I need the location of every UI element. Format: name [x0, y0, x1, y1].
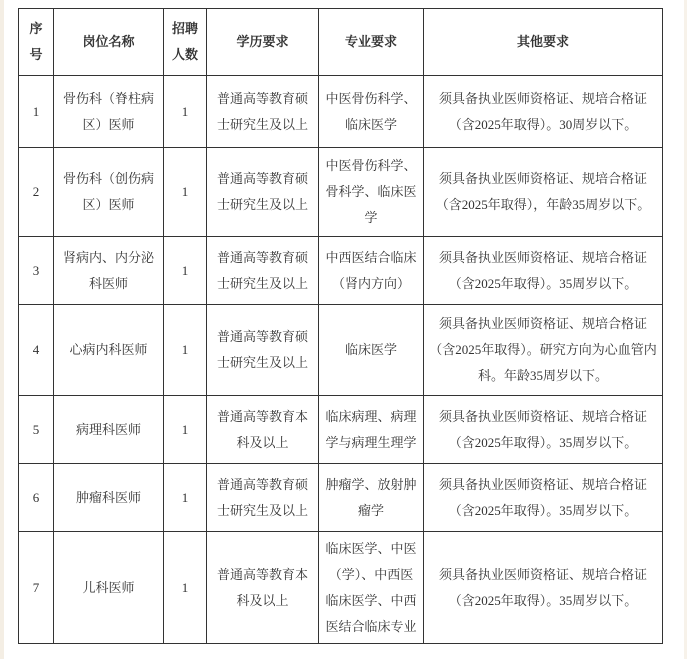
cell-education-requirement: 普通高等教育硕士研究生及以上 — [207, 76, 319, 148]
cell-position-name: 病理科医师 — [54, 396, 164, 464]
table-row: 5 病理科医师 1 普通高等教育本科及以上 临床病理、病理学与病理生理学 须具备… — [19, 396, 663, 464]
cell-recruit-count: 1 — [164, 148, 207, 237]
cell-position-name: 肾病内、内分泌科医师 — [54, 237, 164, 305]
cell-serial-number: 7 — [19, 532, 54, 644]
table-row: 4 心病内科医师 1 普通高等教育硕士研究生及以上 临床医学 须具备执业医师资格… — [19, 305, 663, 396]
cell-education-requirement: 普通高等教育硕士研究生及以上 — [207, 464, 319, 532]
cell-recruit-count: 1 — [164, 396, 207, 464]
header-recruit-count: 招聘人数 — [164, 9, 207, 76]
cell-position-name: 心病内科医师 — [54, 305, 164, 396]
cell-serial-number: 1 — [19, 76, 54, 148]
cell-recruit-count: 1 — [164, 237, 207, 305]
cell-major-requirement: 临床医学 — [319, 305, 424, 396]
cell-recruit-count: 1 — [164, 532, 207, 644]
header-education-requirement: 学历要求 — [207, 9, 319, 76]
cell-serial-number: 3 — [19, 237, 54, 305]
cell-other-requirement: 须具备执业医师资格证、规培合格证（含2025年取得）。35周岁以下。 — [424, 464, 663, 532]
cell-serial-number: 6 — [19, 464, 54, 532]
cell-major-requirement: 中医骨伤科学、骨科学、临床医学 — [319, 148, 424, 237]
cell-position-name: 肿瘤科医师 — [54, 464, 164, 532]
cell-position-name: 骨伤科（创伤病区）医师 — [54, 148, 164, 237]
cell-education-requirement: 普通高等教育硕士研究生及以上 — [207, 148, 319, 237]
cell-education-requirement: 普通高等教育本科及以上 — [207, 396, 319, 464]
cell-other-requirement: 须具备执业医师资格证、规培合格证（含2025年取得）。35周岁以下。 — [424, 396, 663, 464]
cell-education-requirement: 普通高等教育硕士研究生及以上 — [207, 305, 319, 396]
cell-other-requirement: 须具备执业医师资格证、规培合格证（含2025年取得）。30周岁以下。 — [424, 76, 663, 148]
header-serial-number: 序号 — [19, 9, 54, 76]
cell-other-requirement: 须具备执业医师资格证、规培合格证（含2025年取得）。35周岁以下。 — [424, 532, 663, 644]
header-position-name: 岗位名称 — [54, 9, 164, 76]
cell-serial-number: 5 — [19, 396, 54, 464]
table-row: 7 儿科医师 1 普通高等教育本科及以上 临床医学、中医（学）、中西医临床医学、… — [19, 532, 663, 644]
cell-recruit-count: 1 — [164, 76, 207, 148]
cell-other-requirement: 须具备执业医师资格证、规培合格证（含2025年取得），年龄35周岁以下。 — [424, 148, 663, 237]
recruitment-positions-table: 序号 岗位名称 招聘人数 学历要求 专业要求 其他要求 1 骨伤科（脊柱病区）医… — [18, 8, 663, 644]
cell-education-requirement: 普通高等教育本科及以上 — [207, 532, 319, 644]
cell-serial-number: 4 — [19, 305, 54, 396]
cell-other-requirement: 须具备执业医师资格证、规培合格证（含2025年取得）。研究方向为心血管内科。年龄… — [424, 305, 663, 396]
cell-serial-number: 2 — [19, 148, 54, 237]
header-major-requirement: 专业要求 — [319, 9, 424, 76]
table-header-row: 序号 岗位名称 招聘人数 学历要求 专业要求 其他要求 — [19, 9, 663, 76]
table-row: 2 骨伤科（创伤病区）医师 1 普通高等教育硕士研究生及以上 中医骨伤科学、骨科… — [19, 148, 663, 237]
cell-recruit-count: 1 — [164, 464, 207, 532]
cell-major-requirement: 中西医结合临床（肾内方向） — [319, 237, 424, 305]
table-row: 6 肿瘤科医师 1 普通高等教育硕士研究生及以上 肿瘤学、放射肿瘤学 须具备执业… — [19, 464, 663, 532]
cell-major-requirement: 肿瘤学、放射肿瘤学 — [319, 464, 424, 532]
cell-position-name: 骨伤科（脊柱病区）医师 — [54, 76, 164, 148]
cell-major-requirement: 中医骨伤科学、临床医学 — [319, 76, 424, 148]
cell-position-name: 儿科医师 — [54, 532, 164, 644]
cell-major-requirement: 临床医学、中医（学）、中西医临床医学、中西医结合临床专业 — [319, 532, 424, 644]
page-left-edge-stripe — [0, 0, 4, 659]
table-row: 3 肾病内、内分泌科医师 1 普通高等教育硕士研究生及以上 中西医结合临床（肾内… — [19, 237, 663, 305]
cell-recruit-count: 1 — [164, 305, 207, 396]
header-other-requirement: 其他要求 — [424, 9, 663, 76]
cell-other-requirement: 须具备执业医师资格证、规培合格证（含2025年取得）。35周岁以下。 — [424, 237, 663, 305]
table-row: 1 骨伤科（脊柱病区）医师 1 普通高等教育硕士研究生及以上 中医骨伤科学、临床… — [19, 76, 663, 148]
cell-education-requirement: 普通高等教育硕士研究生及以上 — [207, 237, 319, 305]
cell-major-requirement: 临床病理、病理学与病理生理学 — [319, 396, 424, 464]
